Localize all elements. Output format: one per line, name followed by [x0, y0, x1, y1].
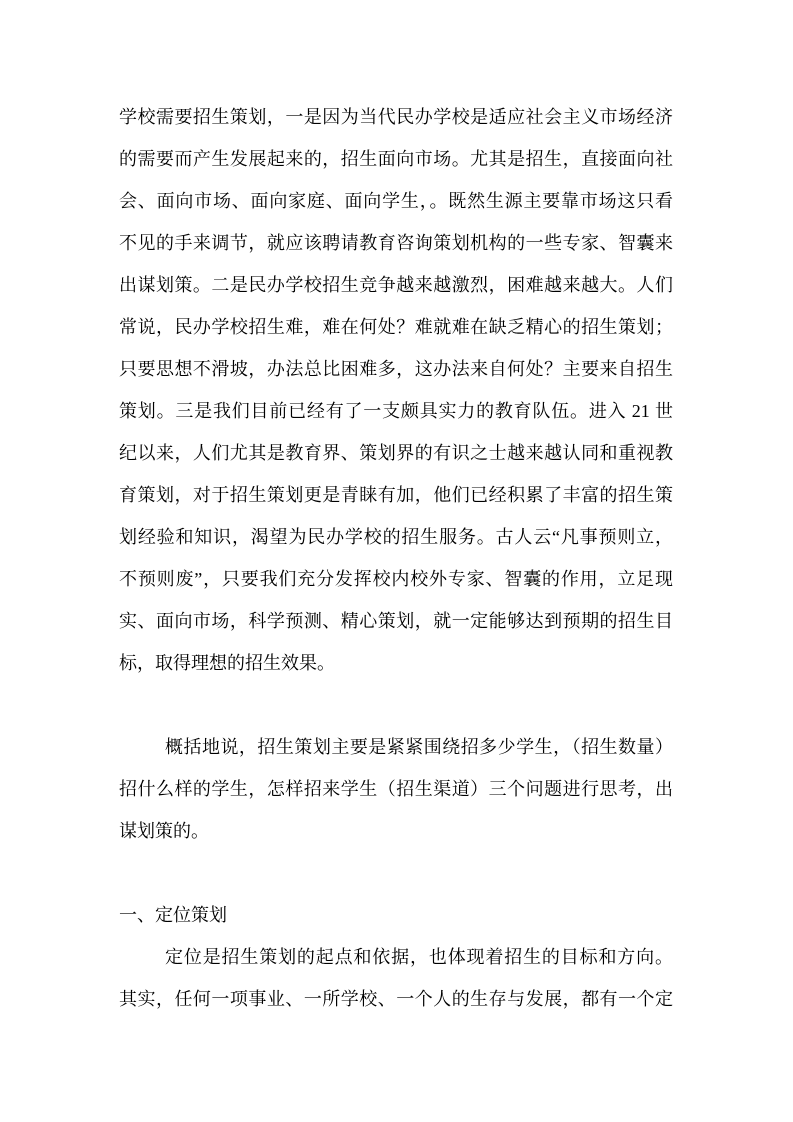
text-line: 出谋划策。二是民办学校招生竞争越来越激烈，困难越来越大。人们: [119, 264, 673, 306]
text-line: 划经验和知识，渴望为民办学校的招生服务。古人云“凡事预则立，: [119, 516, 673, 558]
text-line: 不见的手来调节，就应该聘请教育咨询策划机构的一些专家、智囊来: [119, 222, 673, 264]
text-line: 学校需要招生策划，一是因为当代民办学校是适应社会主义市场经济: [119, 96, 673, 138]
text-line: 概括地说，招生策划主要是紧紧围绕招多少学生，（招生数量）: [119, 726, 673, 768]
text-line: 不预则废”，只要我们充分发挥校内校外专家、智囊的作用，立足现: [119, 558, 673, 600]
paragraph-continued-from-previous-page: 学校需要招生策划，一是因为当代民办学校是适应社会主义市场经济 的需要而产生发展起…: [119, 96, 673, 684]
blank-line: [119, 852, 673, 894]
text-line: 定位是招生策划的起点和依据，也体现着招生的目标和方向。: [119, 936, 673, 978]
text-line: 育策划，对于招生策划更是青睐有加，他们已经积累了丰富的招生策: [119, 474, 673, 516]
text-line: 实、面向市场，科学预测、精心策划，就一定能够达到预期的招生目: [119, 600, 673, 642]
text-line: 会、面向市场、面向家庭、面向学生，。既然生源主要靠市场这只看: [119, 180, 673, 222]
text-line: 其实，任何一项事业、一所学校、一个人的生存与发展，都有一个定: [119, 978, 673, 1020]
text-line: 招什么样的学生，怎样招来学生（招生渠道）三个问题进行思考，出: [119, 768, 673, 810]
paragraph-positioning: 定位是招生策划的起点和依据，也体现着招生的目标和方向。 其实，任何一项事业、一所…: [119, 936, 673, 1020]
text-line: 标，取得理想的招生效果。: [119, 642, 673, 684]
text-line: 谋划策的。: [119, 810, 673, 852]
text-line: 策划。三是我们目前已经有了一支颇具实力的教育队伍。进入 21 世: [119, 390, 673, 432]
document-page: 学校需要招生策划，一是因为当代民办学校是适应社会主义市场经济 的需要而产生发展起…: [0, 0, 793, 1122]
text-line: 纪以来，人们尤其是教育界、策划界的有识之士越来越认同和重视教: [119, 432, 673, 474]
section-heading-positioning-strategy: 一、定位策划: [119, 894, 673, 936]
text-line: 只要思想不滑坡，办法总比困难多，这办法来自何处？主要来自招生: [119, 348, 673, 390]
blank-line: [119, 684, 673, 726]
paragraph-summary: 概括地说，招生策划主要是紧紧围绕招多少学生，（招生数量） 招什么样的学生，怎样招…: [119, 726, 673, 852]
text-line: 的需要而产生发展起来的，招生面向市场。尤其是招生，直接面向社: [119, 138, 673, 180]
text-line: 常说，民办学校招生难，难在何处？难就难在缺乏精心的招生策划；: [119, 306, 673, 348]
